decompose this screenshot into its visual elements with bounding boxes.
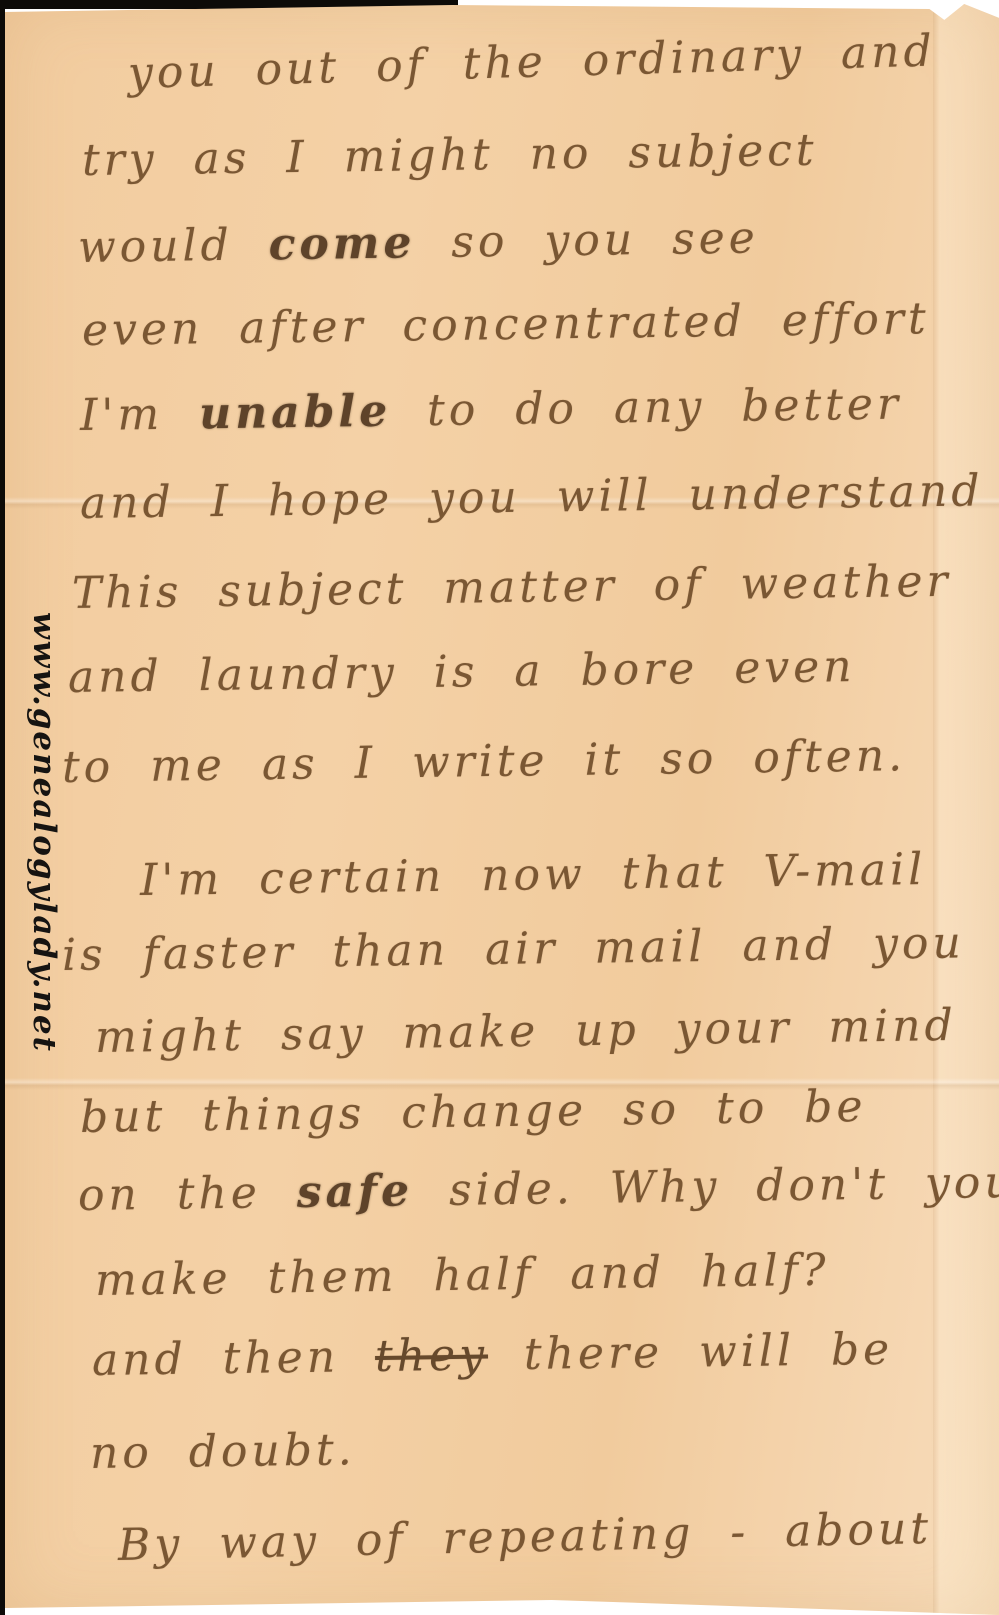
line-text: on the (78, 1167, 298, 1221)
letter-paper: you out of the ordinary and try as I mig… (5, 0, 999, 1615)
paper-fold-highlight (933, 0, 999, 1615)
overwritten-word: safe (296, 1165, 413, 1218)
line-text: and then (92, 1331, 376, 1386)
letter-line: and laundry is a bore even (68, 641, 856, 705)
letter-line: no doubt. (90, 1424, 356, 1481)
letter-line: to me as I write it so often. (62, 730, 907, 795)
line-text: to do any better (391, 379, 903, 437)
watermark: www.genealogylady.net (16, 612, 62, 1012)
letter-line: make them half and half? (95, 1245, 830, 1308)
struck-word: they (375, 1329, 489, 1382)
overwritten-word: come (268, 217, 415, 270)
letter-line: I'm unable to do any better (80, 379, 903, 443)
letter-line: try as I might no subject (82, 125, 818, 188)
letter-line: This subject matter of weather (72, 556, 952, 621)
scanner-edge-left (0, 0, 5, 1615)
letter-line: is faster than air mail and you (62, 917, 966, 982)
line-text: I'm (80, 388, 200, 441)
letter-line: might say make up your mind (95, 1000, 957, 1065)
letter-line: I'm certain now that V-mail (140, 844, 927, 908)
letter-line: and I hope you will understand - (80, 465, 999, 531)
letter-line: you out of the ordinary and (127, 25, 936, 100)
line-text: side. Why don't you (413, 1157, 999, 1216)
line-text: there will be (488, 1324, 894, 1381)
letter-line: and then they there will be (92, 1324, 894, 1388)
line-text: so you see (415, 212, 759, 268)
overwritten-word: unable (199, 386, 392, 440)
letter-line: even after concentrated effort (82, 293, 930, 358)
line-text: would (78, 219, 269, 273)
scanned-letter-page: you out of the ordinary and try as I mig… (0, 0, 999, 1615)
letter-line: on the safe side. Why don't you (78, 1157, 999, 1223)
letter-line: By way of repeating - about (117, 1503, 932, 1573)
letter-line: but things change so to be (80, 1081, 867, 1145)
letter-line: would come so you see (78, 212, 759, 274)
